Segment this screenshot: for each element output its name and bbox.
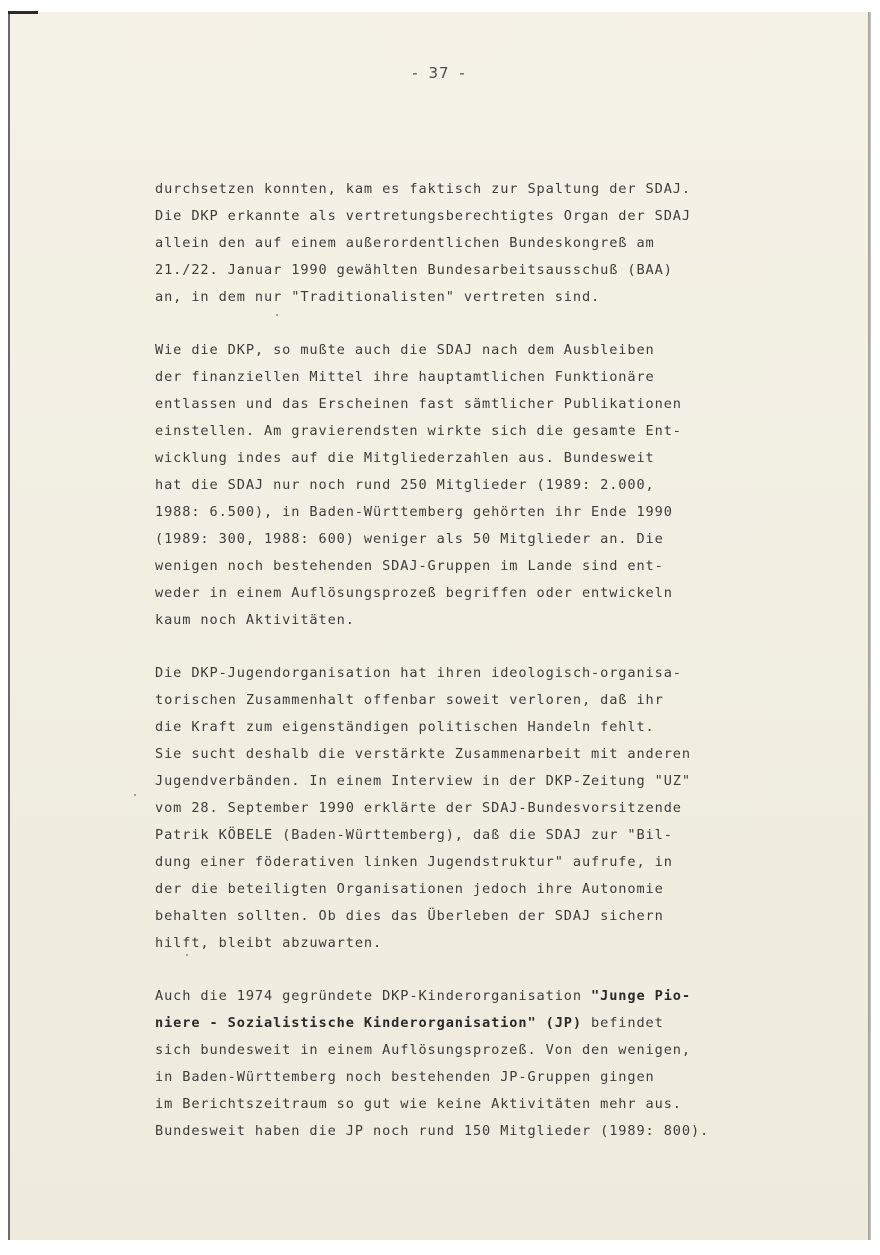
text-line: Jugendverbänden. In einem Interview in d…	[155, 768, 835, 795]
text-segment: Bundesweit haben die JP noch rund 150 Mi…	[155, 1123, 709, 1139]
text-line: Die DKP-Jugendorganisation hat ihren ide…	[155, 660, 835, 687]
text-line: kaum noch Aktivitäten.	[155, 607, 835, 634]
text-line: im Berichtszeitraum so gut wie keine Akt…	[155, 1091, 835, 1118]
text-line: wicklung indes auf die Mitgliederzahlen …	[155, 445, 835, 472]
text-line: der finanziellen Mittel ihre hauptamtlic…	[155, 364, 835, 391]
text-segment: sich bundesweit in einem Auflösungsproze…	[155, 1042, 691, 1058]
text-line: Patrik KÖBELE (Baden-Württemberg), daß d…	[155, 822, 835, 849]
text-segment: im Berichtszeitraum so gut wie keine Akt…	[155, 1096, 682, 1112]
text-line: Bundesweit haben die JP noch rund 150 Mi…	[155, 1118, 835, 1145]
text-segment: in Baden-Württemberg noch bestehenden JP…	[155, 1069, 655, 1085]
paragraph-3: Die DKP-Jugendorganisation hat ihren ide…	[155, 660, 835, 957]
paragraph-2: Wie die DKP, so mußte auch die SDAJ nach…	[155, 337, 835, 634]
text-line: die Kraft zum eigenständigen politischen…	[155, 714, 835, 741]
text-line: sich bundesweit in einem Auflösungsproze…	[155, 1037, 835, 1064]
text-line: wenigen noch bestehenden SDAJ-Gruppen im…	[155, 553, 835, 580]
text-line: der die beteiligten Organisationen jedoc…	[155, 876, 835, 903]
text-line: hilft, bleibt abzuwarten.	[155, 930, 835, 957]
text-line: torischen Zusammenhalt offenbar soweit v…	[155, 687, 835, 714]
paragraph-4: Auch die 1974 gegründete DKP-Kinderorgan…	[155, 983, 835, 1145]
text-line: einstellen. Am gravierendsten wirkte sic…	[155, 418, 835, 445]
text-line: 21./22. Januar 1990 gewählten Bundesarbe…	[155, 257, 835, 284]
bold-text: "Junge Pio-	[591, 988, 691, 1004]
text-line: Wie die DKP, so mußte auch die SDAJ nach…	[155, 337, 835, 364]
scan-speck	[134, 794, 136, 796]
text-line: weder in einem Auflösungsprozeß begriffe…	[155, 580, 835, 607]
text-line: hat die SDAJ nur noch rund 250 Mitgliede…	[155, 472, 835, 499]
text-line: allein den auf einem außerordentlichen B…	[155, 230, 835, 257]
paragraph-1: durchsetzen konnten, kam es faktisch zur…	[155, 176, 835, 311]
page-number: - 37 -	[10, 64, 868, 82]
text-segment: befindet	[582, 1015, 664, 1031]
bold-text: niere - Sozialistische Kinderorganisatio…	[155, 1015, 582, 1031]
scan-speck	[276, 314, 278, 316]
text-line: Sie sucht deshalb die verstärkte Zusamme…	[155, 741, 835, 768]
scanned-page: - 37 - durchsetzen konnten, kam es fakti…	[8, 12, 868, 1240]
text-line: (1989: 300, 1988: 600) weniger als 50 Mi…	[155, 526, 835, 553]
text-segment: Auch die 1974 gegründete DKP-Kinderorgan…	[155, 988, 591, 1004]
text-line: durchsetzen konnten, kam es faktisch zur…	[155, 176, 835, 203]
document-body: durchsetzen konnten, kam es faktisch zur…	[155, 176, 835, 1171]
text-line: niere - Sozialistische Kinderorganisatio…	[155, 1010, 835, 1037]
text-line: in Baden-Württemberg noch bestehenden JP…	[155, 1064, 835, 1091]
text-line: Auch die 1974 gegründete DKP-Kinderorgan…	[155, 983, 835, 1010]
scan-speck	[186, 954, 188, 956]
text-line: an, in dem nur "Traditionalisten" vertre…	[155, 284, 835, 311]
text-line: entlassen und das Erscheinen fast sämtli…	[155, 391, 835, 418]
text-line: vom 28. September 1990 erklärte der SDAJ…	[155, 795, 835, 822]
text-line: Die DKP erkannte als vertretungsberechti…	[155, 203, 835, 230]
text-line: 1988: 6.500), in Baden-Württemberg gehör…	[155, 499, 835, 526]
text-line: behalten sollten. Ob dies das Überleben …	[155, 903, 835, 930]
text-line: dung einer föderativen linken Jugendstru…	[155, 849, 835, 876]
